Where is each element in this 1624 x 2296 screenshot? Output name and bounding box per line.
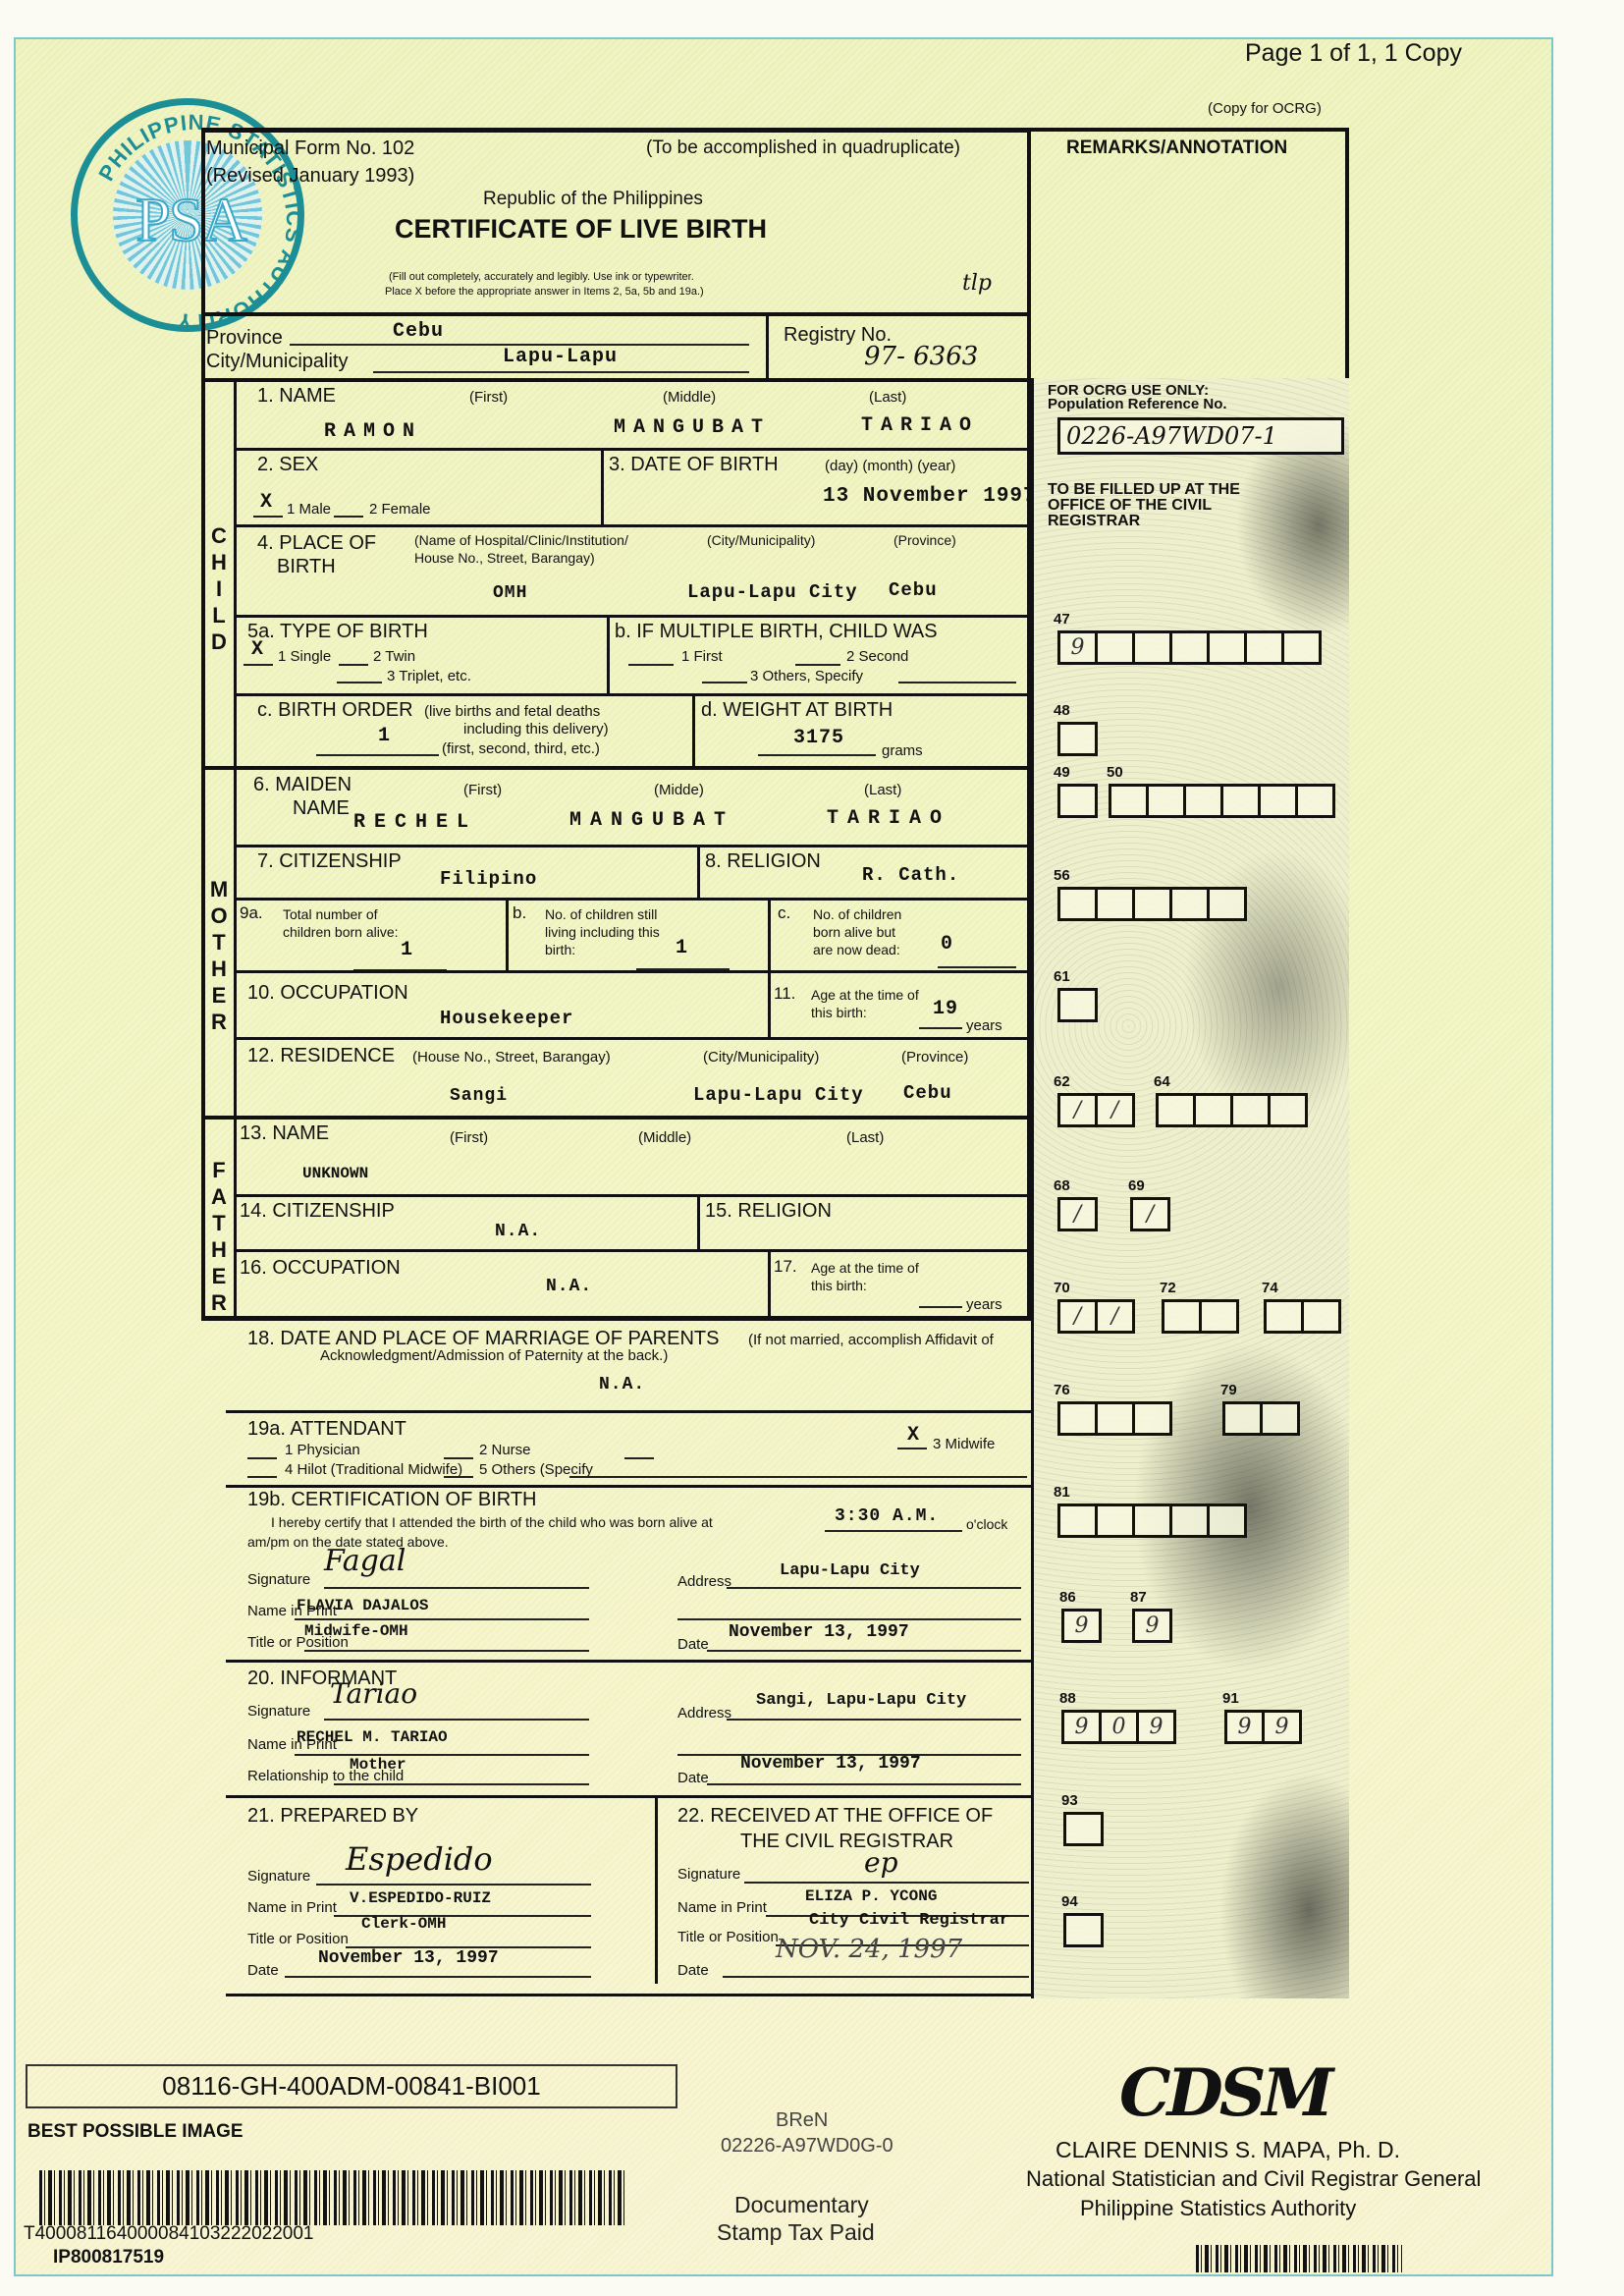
birth-order-hint-2: including this delivery) [463,721,609,738]
ip-number: IP800817519 [53,2247,164,2269]
signatory-name: CLAIRE DENNIS S. MAPA, Ph. D. [1056,2137,1624,2163]
city-value: Lapu-Lapu [503,346,618,368]
prepared-title-value: Clerk-OMH [361,1915,446,1933]
pob-place: OMH [493,583,527,603]
ocrg-box-group-72 [1162,1299,1236,1334]
city-underline [373,371,749,373]
section-tag-letter: T [201,929,237,956]
ocrg-code-cell[interactable] [1156,1093,1196,1127]
pob-hint-1: (Name of Hospital/Clinic/Institution/ [414,532,628,548]
rule [244,664,273,666]
ocrg-code-cell[interactable]: / [1057,1197,1098,1231]
child-first-hint: (First) [469,389,508,406]
ocrg-item-number: 88 [1059,1690,1076,1707]
section-tag-letter: H [201,1236,237,1263]
rule [898,682,1016,683]
rule [236,524,1031,527]
mother-last-hint: (Last) [864,782,901,798]
rule [919,1027,962,1029]
received-label-2: THE CIVIL REGISTRAR [740,1831,953,1853]
ocrg-code-cell[interactable]: 0 [1099,1710,1139,1744]
ocrg-item-number: 79 [1220,1382,1237,1398]
ocrg-item-number: 87 [1130,1589,1147,1606]
marriage-hint-2: Acknowledgment/Admission of Paternity at… [320,1347,668,1364]
copy-for-label: (Copy for OCRG) [1208,100,1322,117]
mother-last-name: TARIAO [827,807,950,830]
multiple-first[interactable]: 1 First [681,648,723,665]
ocrg-code-cell[interactable] [1244,630,1284,665]
mother-age-unit: years [966,1017,1002,1034]
ocrg-code-cell[interactable]: / [1130,1197,1170,1231]
ocrg-code-cell[interactable] [1295,784,1335,818]
birth-type-twin[interactable]: 2 Twin [373,648,415,665]
received-date-value: NOV. 24, 1997 [776,1935,962,1964]
ocrg-code-cell[interactable]: 9 [1262,1710,1302,1744]
rule [247,1476,277,1478]
instructions-line-1: (Fill out completely, accurately and leg… [389,271,694,283]
father-name-value: UNKNOWN [302,1165,368,1182]
population-ref-label: Population Reference No. [1048,398,1227,411]
ocrg-code-cell[interactable] [1057,988,1098,1022]
rule [919,1306,962,1308]
ocrg-code-cell[interactable]: / [1057,1299,1098,1334]
rule [247,1457,277,1459]
rule [236,448,1031,451]
ocrg-item-number: 70 [1054,1280,1070,1296]
rule [897,1448,927,1449]
section-tag-letter: A [201,1183,237,1210]
section-tag-letter: H [201,956,237,982]
ocrg-code-cell[interactable] [1301,1299,1341,1334]
document-id: 08116-GH-400ADM-00841-BI001 [162,2071,540,2101]
prepared-name-value: V.ESPEDIDO-RUIZ [350,1889,491,1907]
item-9b-number: b. [513,903,526,923]
ocrg-code-cell[interactable]: 9 [1132,1609,1172,1643]
ocrg-box-group-61 [1057,988,1095,1022]
mother-age-value: 19 [933,998,958,1020]
informant-relationship-value: Mother [350,1756,406,1774]
header-divider [201,312,1031,316]
children-born-alive-value: 1 [401,939,413,961]
attendant-mark[interactable]: X [907,1424,920,1447]
ocrg-code-cell[interactable] [1199,1299,1239,1334]
ocrg-code-cell[interactable] [1260,1401,1300,1436]
bren-label: BReN [776,2109,828,2132]
pob-hint-province: (Province) [893,532,956,548]
ocrg-code-cell[interactable] [1162,1299,1202,1334]
dob-label: 3. DATE OF BIRTH [609,454,779,476]
rule [768,1251,771,1316]
ocrg-box-group-91: 99 [1224,1710,1299,1744]
residence-street: Sangi [450,1086,508,1106]
fill-up-label-3: REGISTRAR [1048,514,1140,529]
ocrg-item-number: 62 [1054,1073,1070,1090]
mother-first-hint: (First) [463,782,502,798]
ocrg-code-cell[interactable] [1132,1401,1172,1436]
ocrg-code-cell[interactable] [1169,630,1210,665]
prepared-title-label: Title or Position [247,1931,349,1947]
ocrg-code-cell[interactable] [1183,784,1223,818]
rule [285,1976,591,1978]
registrar-general-signature: CDSM [1119,2054,1329,2131]
residence-label: 12. RESIDENCE [247,1045,395,1067]
section-tag-letter: E [201,982,237,1009]
ocrg-code-cell[interactable]: / [1057,1093,1098,1127]
rule [506,900,509,970]
rule [226,1660,1031,1663]
item-17-number: 17. [774,1257,797,1277]
dob-hint: (day) (month) (year) [825,458,955,474]
mother-middle-hint: (Midde) [654,782,704,798]
mother-citizenship-label: 7. CITIZENSHIP [257,850,402,873]
mother-middle-name: MANGUBAT [569,809,734,832]
ocrg-code-cell[interactable] [1057,1401,1098,1436]
father-religion-label: 15. RELIGION [705,1200,832,1223]
received-name-label: Name in Print [677,1899,767,1916]
ocrg-box-group-76 [1057,1401,1169,1436]
ocrg-code-cell[interactable] [1207,887,1247,921]
remarks-title: REMARKS/ANNOTATION [1066,137,1287,159]
children-living-label: No. of children still living including t… [545,905,682,958]
attendant-hilot[interactable]: 4 Hilot (Traditional Midwife) [285,1461,462,1478]
dob-value: 13 November 1997 [823,485,1037,508]
child-last-hint: (Last) [869,389,906,406]
birth-type-triplet[interactable]: 3 Triplet, etc. [387,668,471,684]
birth-type-single[interactable]: 1 Single [278,648,331,665]
ocrg-code-cell[interactable] [1132,887,1172,921]
pob-province: Cebu [889,579,938,601]
ocrg-code-cell[interactable] [1169,887,1210,921]
father-age-label: Age at the time of this birth: [811,1259,929,1294]
child-middle-name: MANGUBAT [614,416,771,439]
ocrg-box-group-47: 9 [1057,630,1319,665]
ocrg-code-cell[interactable] [1132,1503,1172,1538]
rule [334,1783,589,1785]
ocrg-code-cell[interactable] [1207,630,1247,665]
father-last-hint: (Last) [846,1129,884,1146]
mother-father-divider [201,1116,1031,1120]
population-ref-field[interactable]: 0226-A97WD07-1 [1057,417,1344,455]
initials-annotation: tlp [962,271,992,296]
rule [236,1249,1031,1252]
ocrg-code-cell[interactable]: / [1095,1299,1135,1334]
rule [236,970,1031,973]
rule [324,1587,589,1589]
rule [236,845,1031,847]
ocrg-item-number: 61 [1054,968,1070,985]
rule [253,516,283,518]
ocrg-item-number: 69 [1128,1177,1145,1194]
sex-option-male[interactable]: 1 Male [287,501,331,518]
ocrg-code-cell[interactable]: 9 [1057,630,1098,665]
section-tag-letter: L [201,602,237,629]
item-11-number: 11. [774,984,795,1004]
ocrg-code-cell[interactable] [1222,1401,1263,1436]
rule [316,1884,591,1886]
received-signature-label: Signature [677,1866,740,1883]
cert-address-value: Lapu-Lapu City [780,1561,920,1580]
province-value: Cebu [393,320,444,343]
rule [702,682,747,683]
rule [236,693,1031,696]
marriage-value: N.A. [599,1375,645,1394]
ocrg-box-group-70: // [1057,1299,1132,1334]
ocrg-code-cell[interactable] [1063,1913,1104,1947]
father-section-tag: FATHER [201,1157,237,1316]
father-name-label: 13. NAME [240,1122,329,1145]
ocrg-code-cell[interactable] [1281,630,1322,665]
ocrg-code-cell[interactable] [1095,630,1135,665]
mother-name-label-2: NAME [293,797,350,820]
rule [316,754,439,756]
rule [727,1719,1021,1721]
attendant-midwife[interactable]: 3 Midwife [933,1436,995,1452]
child-middle-hint: (Middle) [663,389,716,406]
barcode-text: T400081164000084103222022001 [24,2223,314,2245]
rule [334,516,363,518]
birth-type-mark[interactable]: X [251,638,264,661]
ocrg-code-cell[interactable] [1258,784,1298,818]
cert-address-label: Address [677,1573,731,1590]
ocrg-code-cell[interactable] [1207,1503,1247,1538]
section-tag-letter: D [201,629,237,655]
ocrg-code-cell[interactable]: 9 [1136,1710,1176,1744]
ocrg-item-number: 64 [1154,1073,1170,1090]
mother-religion-value: R. Cath. [862,864,959,886]
barcode-icon [39,2170,628,2225]
ocrg-item-number: 48 [1054,702,1070,719]
form-number: Municipal Form No. 102 [206,137,414,160]
ocrg-item-number: 81 [1054,1484,1070,1501]
registry-divider [766,314,769,378]
sex-mark[interactable]: X [260,491,273,514]
province-label: Province [206,327,283,350]
section-tag-letter: O [201,902,237,929]
rule [723,1976,1029,1978]
ocrg-box-group-56 [1057,887,1244,921]
signatory-org: Philippine Statistics Authority [1080,2196,1356,2221]
birth-order-hint-3: (first, second, third, etc.) [442,740,600,757]
section-tag-letter: H [201,549,237,575]
rule [324,1719,589,1721]
pob-city: Lapu-Lapu City [687,581,858,603]
multiple-others[interactable]: 3 Others, Specify [750,668,863,684]
mother-age-label: Age at the time of this birth: [811,986,929,1021]
mother-first-name: RECHEL [353,811,477,834]
cert-signature-label: Signature [247,1571,310,1588]
ocrg-box-group-74 [1264,1299,1338,1334]
section-tag-letter: R [201,1289,237,1316]
pob-label-2: BIRTH [277,556,336,578]
prepared-received-divider [655,1797,658,1984]
attendant-label: 19a. ATTENDANT [247,1418,406,1441]
informant-date-value: November 13, 1997 [740,1754,921,1774]
ocrg-item-number: 56 [1054,867,1070,884]
prepared-signature: Espedido [346,1840,493,1878]
ocrg-box-group-50 [1109,784,1332,818]
children-dead-value: 0 [941,933,953,956]
ocrg-code-cell[interactable] [1095,1503,1135,1538]
rule [727,1587,1021,1589]
form-revision: (Revised January 1993) [206,165,414,188]
rule [601,450,604,526]
informant-address-label: Address [677,1705,731,1722]
father-occupation-value: N.A. [546,1277,592,1296]
rule [744,1882,1029,1884]
multiple-second[interactable]: 2 Second [846,648,908,665]
ocrg-code-cell[interactable] [1264,1299,1304,1334]
informant-date-label: Date [677,1770,709,1786]
birth-order-value: 1 [378,725,391,747]
section-tag-letter: I [201,575,237,602]
received-label-1: 22. RECEIVED AT THE OFFICE OF [677,1805,993,1828]
ocrg-box-group-69: / [1130,1197,1167,1231]
informant-signature-label: Signature [247,1703,310,1720]
ocrg-item-number: 72 [1160,1280,1176,1296]
child-mother-divider [201,766,1031,770]
section-tag-letter: C [201,522,237,549]
rule [825,1530,962,1532]
received-title-value: City Civil Registrar [809,1911,1009,1930]
received-signature: ep [864,1846,898,1879]
rule [697,847,700,900]
prepared-signature-label: Signature [247,1868,310,1885]
multiple-birth-label: b. IF MULTIPLE BIRTH, CHILD WAS [615,621,938,643]
sex-label: 2. SEX [257,454,318,476]
ocrg-code-cell[interactable] [1169,1503,1210,1538]
cert-signature: Fagal [324,1544,406,1578]
informant-name-value: RECHEL M. TARIAO [297,1728,448,1746]
ocrg-box-group-49 [1057,784,1095,818]
item-9c-number: c. [778,903,790,923]
ocrg-box-group-79 [1222,1401,1297,1436]
bren-value: 02226-A97WD0G-0 [721,2135,893,2158]
ocrg-item-number: 68 [1054,1177,1070,1194]
ocrg-code-cell[interactable] [1220,784,1261,818]
registry-no-value: 97- 6363 [864,342,978,371]
ocrg-code-cell[interactable] [1057,1503,1098,1538]
ocrg-item-number: 86 [1059,1589,1076,1606]
birth-time-value: 3:30 A.M. [835,1506,939,1526]
rule [444,1476,473,1478]
rule [607,617,610,695]
instructions-line-2: Place X before the appropriate answer in… [385,286,704,298]
mother-section-tag: MOTHER [201,876,237,1035]
ocrg-item-number: 93 [1061,1792,1078,1809]
ocrg-code-cell[interactable] [1057,722,1098,756]
ocrg-code-cell[interactable] [1109,784,1149,818]
ocrg-code-cell[interactable] [1146,784,1186,818]
pob-label-1: 4. PLACE OF [257,532,376,555]
ocrg-code-cell[interactable]: 9 [1224,1710,1265,1744]
ocrg-code-cell[interactable] [1057,784,1098,818]
ocrg-item-number: 49 [1054,764,1070,781]
father-citizenship-label: 14. CITIZENSHIP [240,1200,395,1223]
ocrg-box-group-93 [1063,1812,1101,1846]
children-born-alive-label: Total number of children born alive: [283,905,401,941]
child-last-name: TARIAO [861,414,979,437]
rule [236,898,1031,901]
rule [795,664,840,666]
ocrg-item-number: 74 [1262,1280,1278,1296]
residence-hint-city: (City/Municipality) [703,1049,819,1066]
rule [226,1485,1031,1488]
rule [444,1457,473,1459]
child-name-label: 1. NAME [257,385,336,408]
rule [628,664,674,666]
ocrg-code-cell[interactable] [1268,1093,1308,1127]
section-tag-letter: T [201,1210,237,1236]
certificate-title: CERTIFICATE OF LIVE BIRTH [395,214,767,245]
ocrg-code-cell[interactable] [1193,1093,1233,1127]
rule [697,1196,700,1251]
republic-label: Republic of the Philippines [483,189,703,210]
ocrg-code-cell[interactable] [1095,887,1135,921]
child-top-rule [201,378,1031,382]
ocrg-code-cell[interactable] [1132,630,1172,665]
rule [236,1194,1031,1197]
section-tag-letter: F [201,1157,237,1183]
mother-occupation-value: Housekeeper [440,1008,573,1029]
rule [236,1037,1031,1040]
attendant-physician[interactable]: 1 Physician [285,1442,360,1458]
pob-hint-city: (City/Municipality) [707,532,815,548]
rule [295,1618,589,1620]
father-middle-hint: (Middle) [638,1129,691,1146]
rule [226,1410,1031,1413]
rule [768,900,771,970]
ocrg-code-cell[interactable]: / [1095,1093,1135,1127]
ocrg-code-cell[interactable] [1063,1812,1104,1846]
ocrg-code-cell[interactable]: 9 [1061,1710,1102,1744]
rule [624,1457,654,1459]
rule [677,1618,1021,1620]
ocrg-code-cell[interactable] [1095,1401,1135,1436]
rule [569,1476,1027,1478]
ocrg-code-cell[interactable] [1057,887,1098,921]
ocrg-item-number: 76 [1054,1382,1070,1398]
received-date-label: Date [677,1962,709,1979]
pob-hint-2: House No., Street, Barangay) [414,550,595,566]
ocrg-box-group-94 [1063,1913,1101,1947]
rule [337,682,382,683]
father-age-unit: years [966,1296,1002,1313]
cert-date-value: November 13, 1997 [729,1622,909,1642]
mother-occupation-label: 10. OCCUPATION [247,982,408,1005]
birth-order-label: c. BIRTH ORDER [257,699,413,722]
prepared-date-value: November 13, 1997 [318,1948,499,1968]
child-section-tag: CHILD [201,522,237,655]
prepared-name-label: Name in Print [247,1899,337,1916]
ocrg-code-cell[interactable] [1230,1093,1271,1127]
rule [938,966,1016,968]
control-barcode-icon [1196,2245,1402,2272]
rule [768,972,771,1037]
document-id-box: 08116-GH-400ADM-00841-BI001 [26,2064,677,2108]
ocrg-item-number: 47 [1054,611,1070,628]
prepared-by-label: 21. PREPARED BY [247,1805,418,1828]
ocrg-box-group-88: 909 [1061,1710,1173,1744]
attendant-nurse[interactable]: 2 Nurse [479,1442,531,1458]
residence-hint-province: (Province) [901,1049,968,1066]
rule [226,1795,1031,1798]
ocrg-code-cell[interactable]: 9 [1061,1609,1102,1643]
cert-name-value: FLAVIA DAJALOS [297,1597,428,1614]
certification-text-1: I hereby certify that I attended the bir… [271,1514,713,1530]
section-tag-letter: M [201,876,237,902]
sex-option-female[interactable]: 2 Female [369,501,431,518]
weight-label: d. WEIGHT AT BIRTH [701,699,893,722]
